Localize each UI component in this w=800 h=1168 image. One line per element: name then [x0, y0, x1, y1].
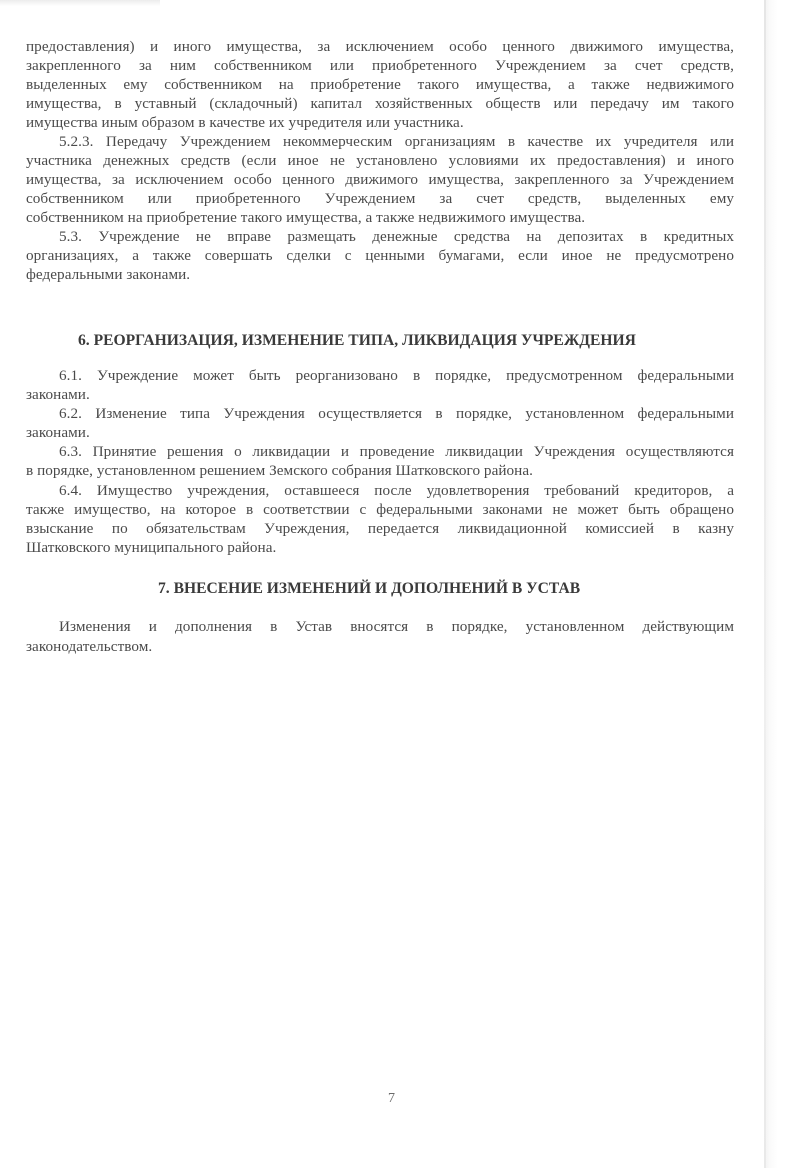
text-line: имущества, в уставный (складочный) капит… [26, 94, 734, 113]
text-line: 5.3. Учреждение не вправе размещать дене… [26, 227, 734, 246]
text-line: 6.1. Учреждение может быть реорганизован… [26, 366, 734, 385]
text-line: федеральными законами. [26, 265, 734, 284]
text-line: собственником или приобретенного Учрежде… [26, 189, 734, 208]
text-line: также имущество, на которое в соответств… [26, 500, 734, 519]
text-line: выделенных ему собственником на приобрет… [26, 75, 734, 94]
text-line: законами. [26, 423, 734, 442]
text-line: участника денежных средств (если иное не… [26, 151, 734, 170]
text-line: закрепленного за ним собственником или п… [26, 56, 734, 75]
text-line: имущества, за исключением особо ценного … [26, 170, 734, 189]
text-line: Шатковского муниципального района. [26, 538, 734, 557]
text-line: 5.2.3. Передачу Учреждением некоммерческ… [26, 132, 734, 151]
page-number: 7 [388, 1091, 395, 1107]
text-line: собственником на приобретение такого иму… [26, 208, 734, 227]
text-line: Изменения и дополнения в Устав вносятся … [26, 617, 734, 636]
text-line: 6.4. Имущество учреждения, оставшееся по… [26, 481, 734, 500]
text-line: организациях, а также совершать сделки с… [26, 246, 734, 265]
text-line: 6.2. Изменение типа Учреждения осуществл… [26, 404, 734, 423]
document-page: предоставления) и иного имущества, за ис… [26, 0, 734, 1168]
text-line: имущества иным образом в качестве их учр… [26, 113, 734, 132]
section-6-heading: 6. РЕОРГАНИЗАЦИЯ, ИЗМЕНЕНИЕ ТИПА, ЛИКВИД… [78, 331, 786, 351]
text-line: законами. [26, 385, 734, 404]
text-line: законодательством. [26, 637, 734, 656]
section-7-heading: 7. ВНЕСЕНИЕ ИЗМЕНЕНИЙ И ДОПОЛНЕНИЙ В УСТ… [158, 579, 800, 599]
text-line: взыскание по обязательствам Учреждения, … [26, 519, 734, 538]
text-line: в порядке, установленном решением Земско… [26, 461, 734, 480]
text-line: предоставления) и иного имущества, за ис… [26, 37, 734, 56]
text-line: 6.3. Принятие решения о ликвидации и про… [26, 442, 734, 461]
